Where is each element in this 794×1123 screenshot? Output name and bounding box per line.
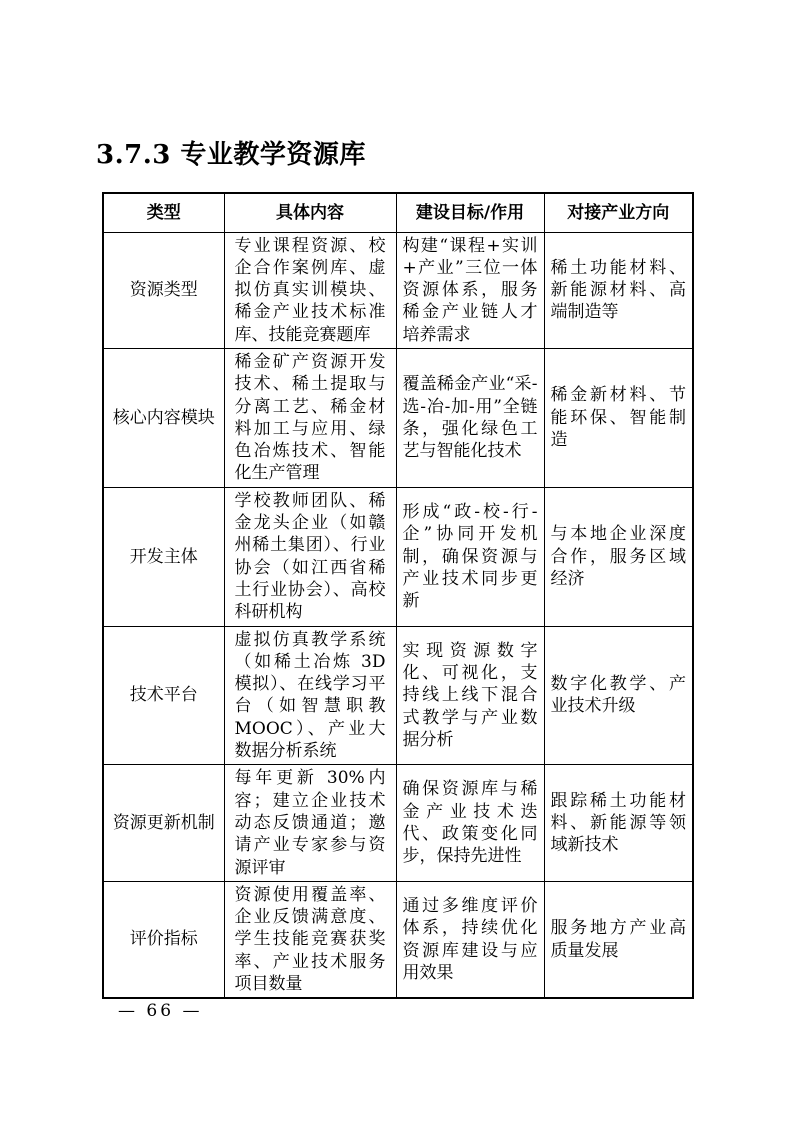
col-header-goal: 建设目标/作用 xyxy=(396,193,544,232)
cell-content: 资源使用覆盖率、企业反馈满意度、学生技能竞赛获奖率、产业技术服务项目数量 xyxy=(224,881,396,998)
section-title: 3.7.3 专业教学资源库 xyxy=(96,134,366,171)
table-row: 资源更新机制 每年更新 30%内容；建立企业技术动态反馈通道；邀请产业专家参与资… xyxy=(103,765,693,881)
table-row: 资源类型 专业课程资源、校企合作案例库、虚拟仿真实训模块、稀金产业技术标准库、技… xyxy=(103,232,693,348)
table-row: 技术平台 虚拟仿真教学系统（如稀土冶炼 3D 模拟）、在线学习平台（如智慧职教 … xyxy=(103,626,693,765)
cell-content: 虚拟仿真教学系统（如稀土冶炼 3D 模拟）、在线学习平台（如智慧职教 MOOC）… xyxy=(224,626,396,765)
cell-goal: 实现资源数字化、可视化，支持线上线下混合式教学与产业数据分析 xyxy=(396,626,544,765)
table-row: 评价指标 资源使用覆盖率、企业反馈满意度、学生技能竞赛获奖率、产业技术服务项目数… xyxy=(103,881,693,998)
cell-type: 资源更新机制 xyxy=(103,765,224,881)
table-row: 开发主体 学校教师团队、稀金龙头企业（如赣州稀土集团）、行业协会（如江西省稀土行… xyxy=(103,487,693,626)
cell-content: 稀金矿产资源开发技术、稀土提取与分离工艺、稀金材料加工与应用、绿色冶炼技术、智能… xyxy=(224,348,396,487)
cell-type: 开发主体 xyxy=(103,487,224,626)
col-header-content: 具体内容 xyxy=(224,193,396,232)
cell-type: 技术平台 xyxy=(103,626,224,765)
cell-industry: 稀土功能材料、新能源材料、高端制造等 xyxy=(544,232,693,348)
cell-industry: 数字化教学、产业技术升级 xyxy=(544,626,693,765)
cell-industry: 服务地方产业高质量发展 xyxy=(544,881,693,998)
cell-goal: 形成“政-校-行-企”协同开发机制，确保资源与产业技术同步更新 xyxy=(396,487,544,626)
resource-library-table: 类型 具体内容 建设目标/作用 对接产业方向 资源类型 专业课程资源、校企合作案… xyxy=(102,192,694,999)
cell-goal: 覆盖稀金产业“采-选-冶-加-用”全链条，强化绿色工艺与智能化技术 xyxy=(396,348,544,487)
cell-industry: 稀金新材料、节能环保、智能制造 xyxy=(544,348,693,487)
table-row: 核心内容模块 稀金矿产资源开发技术、稀土提取与分离工艺、稀金材料加工与应用、绿色… xyxy=(103,348,693,487)
cell-type: 核心内容模块 xyxy=(103,348,224,487)
cell-type: 资源类型 xyxy=(103,232,224,348)
col-header-industry: 对接产业方向 xyxy=(544,193,693,232)
cell-content: 学校教师团队、稀金龙头企业（如赣州稀土集团）、行业协会（如江西省稀土行业协会）、… xyxy=(224,487,396,626)
cell-goal: 构建“课程+实训+产业”三位一体资源体系，服务稀金产业链人才培养需求 xyxy=(396,232,544,348)
cell-content: 专业课程资源、校企合作案例库、虚拟仿真实训模块、稀金产业技术标准库、技能竞赛题库 xyxy=(224,232,396,348)
cell-type: 评价指标 xyxy=(103,881,224,998)
cell-goal: 通过多维度评价体系，持续优化资源库建设与应用效果 xyxy=(396,881,544,998)
col-header-type: 类型 xyxy=(103,193,224,232)
table-header-row: 类型 具体内容 建设目标/作用 对接产业方向 xyxy=(103,193,693,232)
cell-industry: 与本地企业深度合作，服务区域经济 xyxy=(544,487,693,626)
cell-industry: 跟踪稀土功能材料、新能源等领域新技术 xyxy=(544,765,693,881)
page-number: — 66 — xyxy=(118,1001,202,1021)
cell-content: 每年更新 30%内容；建立企业技术动态反馈通道；邀请产业专家参与资源评审 xyxy=(224,765,396,881)
document-page: 3.7.3 专业教学资源库 类型 具体内容 建设目标/作用 对接产业方向 资源类… xyxy=(0,0,794,1123)
cell-goal: 确保资源库与稀金产业技术迭代、政策变化同步，保持先进性 xyxy=(396,765,544,881)
